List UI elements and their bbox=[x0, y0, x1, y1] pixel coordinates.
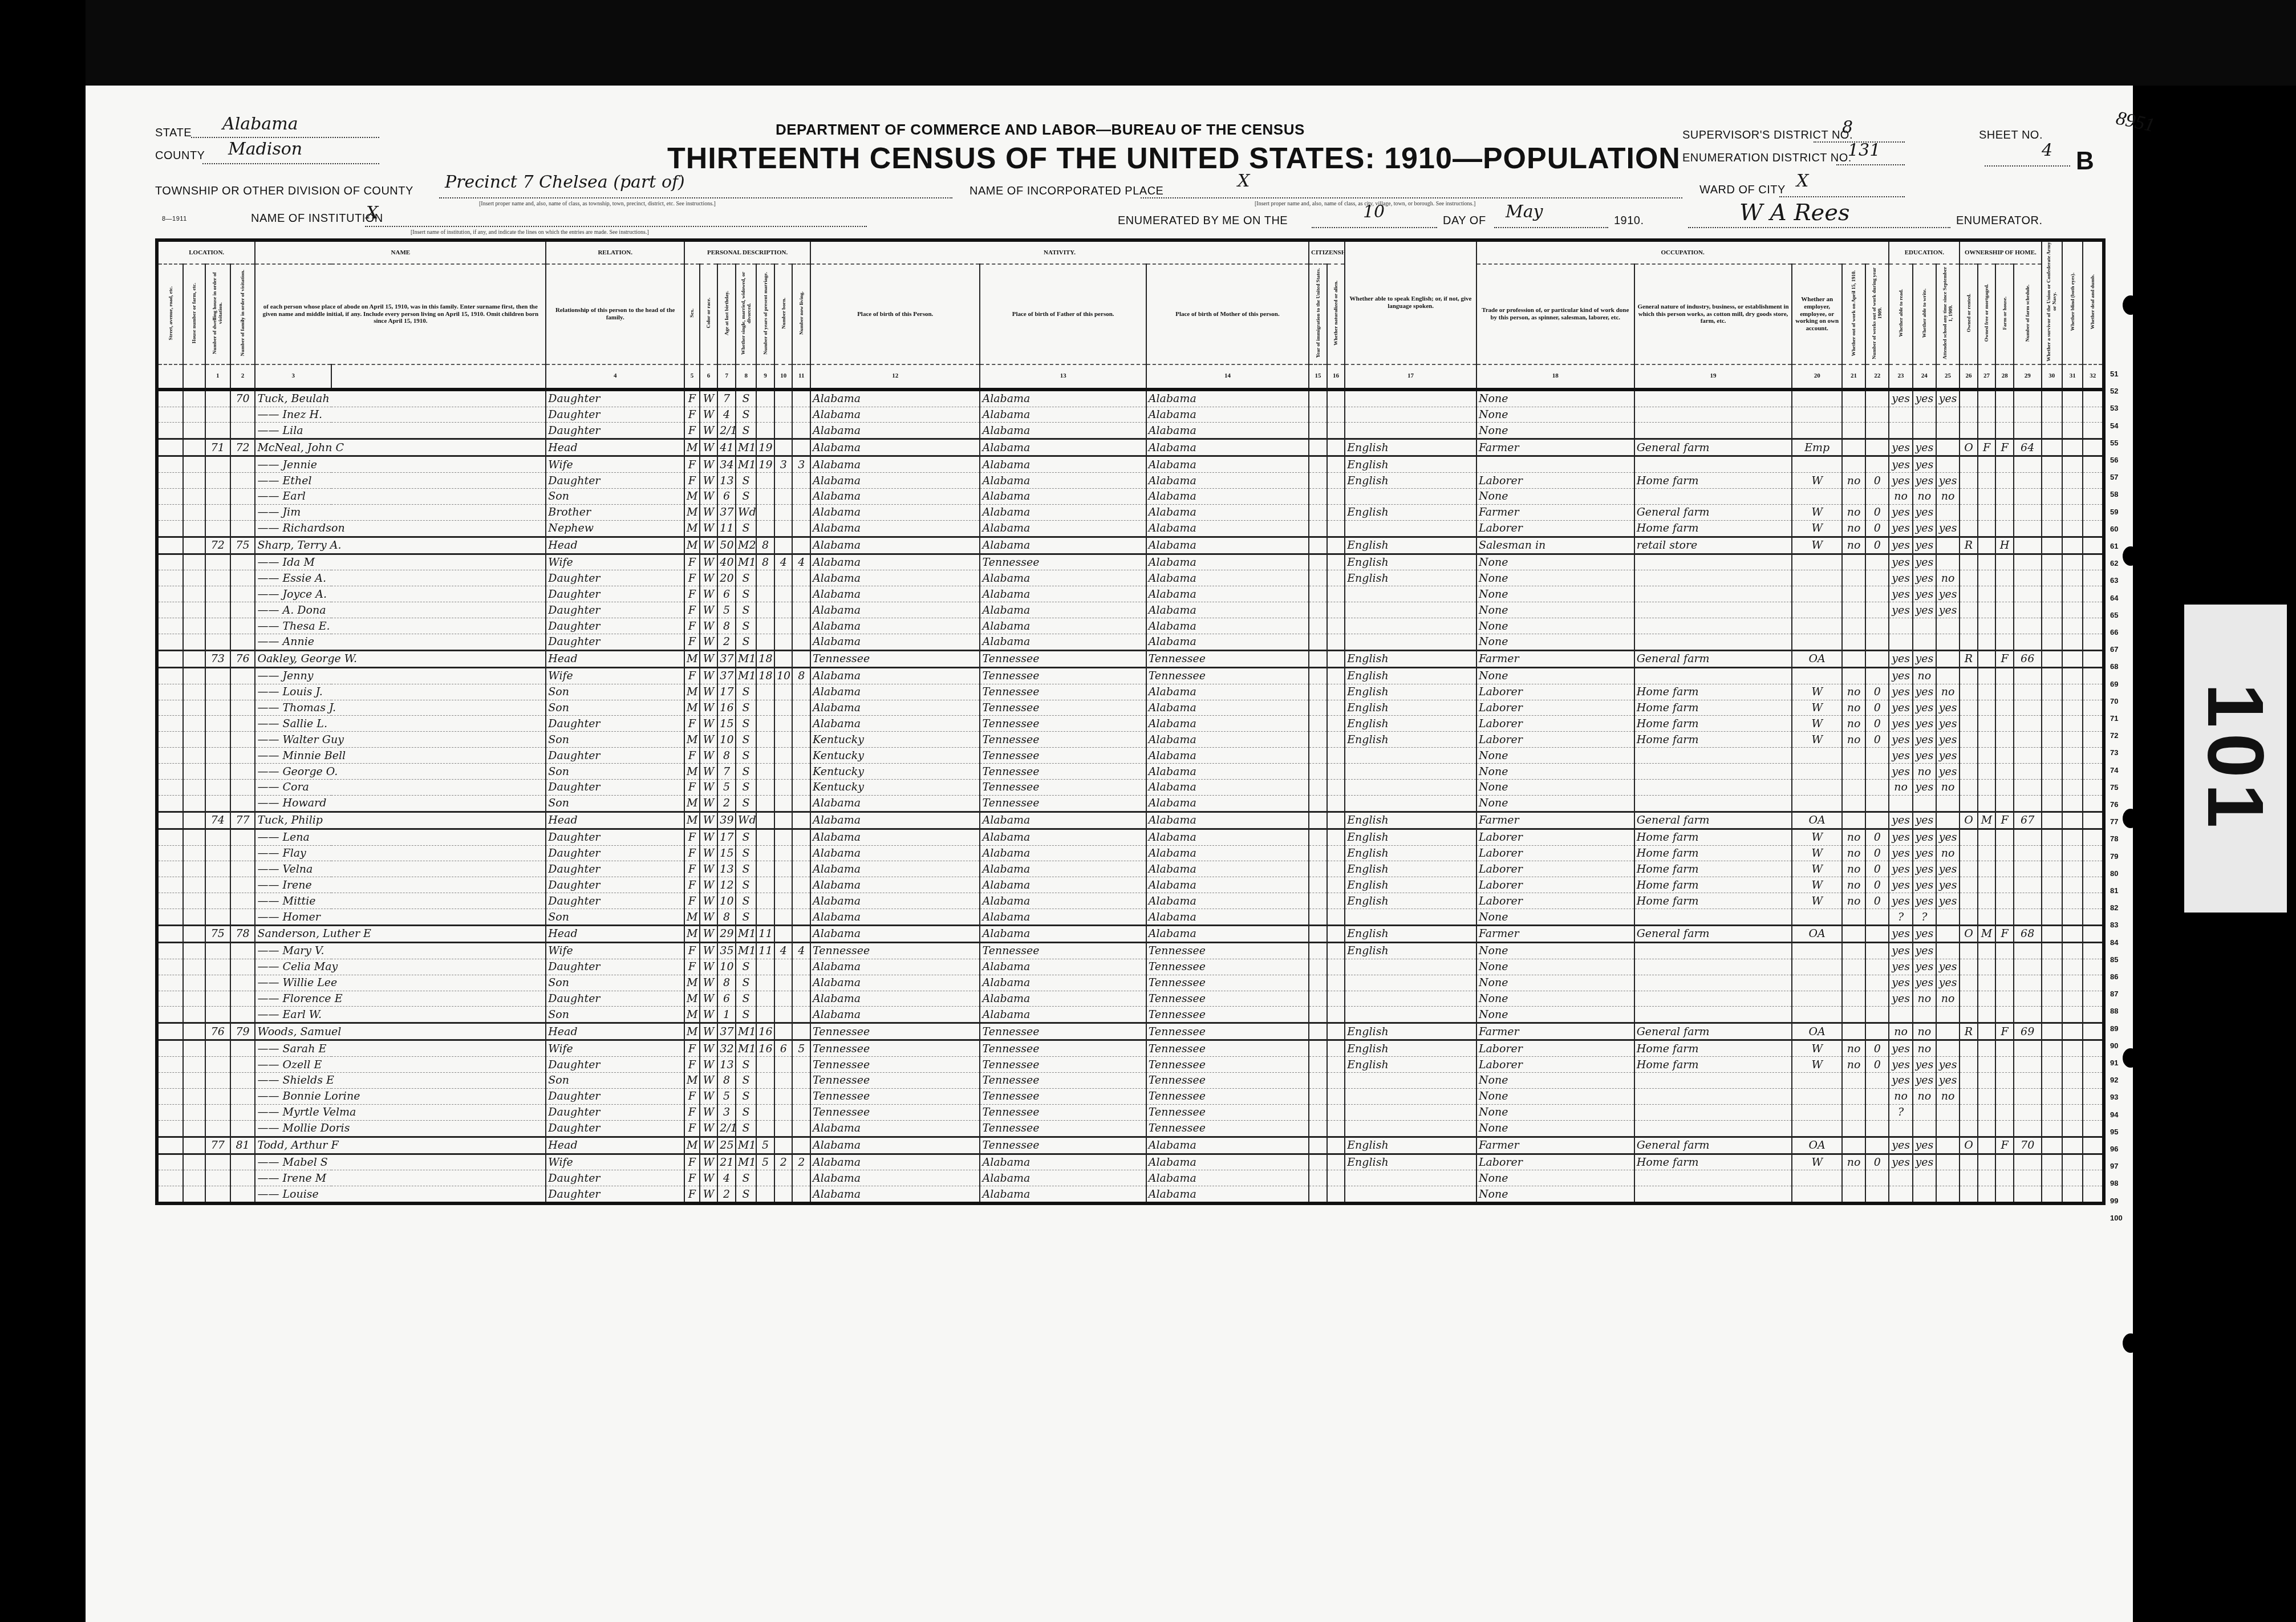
cell-deaf bbox=[2083, 456, 2104, 473]
cell-street bbox=[157, 1137, 183, 1154]
cell-trade: None bbox=[1476, 570, 1634, 586]
cell-immigration bbox=[1309, 684, 1327, 700]
cell-owned bbox=[1960, 1104, 1978, 1120]
cell-age: 7 bbox=[717, 764, 736, 780]
cell-immigration bbox=[1309, 602, 1327, 618]
cell-immigration bbox=[1309, 520, 1327, 537]
cell-sex: F bbox=[684, 634, 700, 651]
cell-pob-person: Alabama bbox=[810, 586, 980, 602]
cell-farm-schedule bbox=[2014, 748, 2042, 764]
column-number-row: 1234567891011121314151617181920212223242… bbox=[157, 364, 2104, 390]
cell-sex: M bbox=[684, 975, 700, 991]
cell-pob-father: Alabama bbox=[980, 520, 1146, 537]
cell-trade: Farmer bbox=[1476, 1023, 1634, 1040]
cell-owned bbox=[1960, 700, 1978, 716]
cell-out-of-work bbox=[1842, 667, 1865, 684]
cell-immigration bbox=[1309, 504, 1327, 520]
cell-farm-house bbox=[1995, 570, 2014, 586]
cell-pob-person: Alabama bbox=[810, 959, 980, 975]
cell-name: —— Florence E bbox=[255, 991, 546, 1007]
cell-immigration bbox=[1309, 456, 1327, 473]
cell-language: English bbox=[1345, 1154, 1476, 1170]
cell-pob-person: Tennessee bbox=[810, 942, 980, 959]
line-number: 79 bbox=[2110, 852, 2118, 861]
col-weeks-out: Number of weeks out of work during year … bbox=[1871, 265, 1883, 362]
cell-race: W bbox=[700, 602, 718, 618]
cell-street bbox=[157, 390, 183, 407]
cell-trade: Laborer bbox=[1476, 716, 1634, 732]
cell-pob-father: Tennessee bbox=[980, 700, 1146, 716]
line-number: 74 bbox=[2110, 766, 2118, 774]
cell-weeks-out bbox=[1865, 795, 1889, 812]
cell-weeks-out: 0 bbox=[1865, 537, 1889, 554]
cell-pob-mother: Alabama bbox=[1146, 700, 1309, 716]
cell-owned bbox=[1960, 1073, 1978, 1089]
cell-years-married bbox=[756, 602, 774, 618]
cell-out-of-work: no bbox=[1842, 877, 1865, 893]
cell-dwelling: 74 bbox=[205, 812, 230, 829]
cell-free-mortgaged bbox=[1978, 909, 1996, 926]
cell-read: yes bbox=[1889, 764, 1912, 780]
cell-farm-house bbox=[1995, 845, 2014, 861]
cell-trade: Laborer bbox=[1476, 1154, 1634, 1170]
cell-immigration bbox=[1309, 488, 1327, 504]
cell-relation: Head bbox=[546, 1137, 684, 1154]
cell-pob-person: Alabama bbox=[810, 554, 980, 570]
table-row: —— VelnaDaughterFW13SAlabamaAlabamaAlaba… bbox=[157, 861, 2104, 877]
cell-marital: S bbox=[736, 586, 756, 602]
cell-pob-mother: Alabama bbox=[1146, 829, 1309, 845]
cell-farm-schedule bbox=[2014, 488, 2042, 504]
cell-industry: General farm bbox=[1634, 1023, 1792, 1040]
cell-house bbox=[183, 618, 205, 634]
group-education: EDUCATION. bbox=[1889, 240, 1960, 264]
cell-naturalized bbox=[1327, 488, 1345, 504]
cell-blind bbox=[2062, 667, 2083, 684]
table-row: 7275Sharp, Terry A.HeadMW50M28AlabamaAla… bbox=[157, 537, 2104, 554]
cell-street bbox=[157, 764, 183, 780]
cell-weeks-out bbox=[1865, 959, 1889, 975]
cell-sex: M bbox=[684, 439, 700, 456]
cell-pob-mother: Alabama bbox=[1146, 423, 1309, 439]
cell-write: yes bbox=[1913, 650, 1936, 667]
cell-children-born bbox=[774, 829, 793, 845]
cell-marital: S bbox=[736, 991, 756, 1007]
cell-pob-person: Alabama bbox=[810, 991, 980, 1007]
cell-veteran bbox=[2042, 650, 2062, 667]
cell-employment-class: W bbox=[1792, 537, 1841, 554]
cell-out-of-work bbox=[1842, 634, 1865, 651]
punch-hole-icon bbox=[2123, 546, 2139, 566]
cell-name: —— Mittie bbox=[255, 893, 546, 909]
cell-children-living bbox=[792, 893, 810, 909]
cell-sex: F bbox=[684, 893, 700, 909]
line-number: 72 bbox=[2110, 731, 2118, 740]
cell-owned bbox=[1960, 716, 1978, 732]
cell-children-born bbox=[774, 1170, 793, 1186]
cell-street bbox=[157, 1088, 183, 1104]
cell-race: W bbox=[700, 1023, 718, 1040]
cell-children-born bbox=[774, 780, 793, 796]
cell-trade bbox=[1476, 456, 1634, 473]
cell-relation: Head bbox=[546, 1023, 684, 1040]
cell-house bbox=[183, 700, 205, 716]
enumerated-month: May bbox=[1506, 202, 1543, 222]
cell-out-of-work bbox=[1842, 456, 1865, 473]
cell-naturalized bbox=[1327, 1007, 1345, 1023]
cell-trade: None bbox=[1476, 554, 1634, 570]
col-naturalized: Whether naturalized or alien. bbox=[1333, 281, 1338, 346]
cell-deaf bbox=[2083, 748, 2104, 764]
column-number: 15 bbox=[1309, 364, 1327, 390]
cell-trade: Laborer bbox=[1476, 893, 1634, 909]
cell-dwelling bbox=[205, 764, 230, 780]
cell-house bbox=[183, 780, 205, 796]
cell-race: W bbox=[700, 1170, 718, 1186]
form-code: 8—1911 bbox=[162, 216, 187, 222]
cell-farm-schedule: 69 bbox=[2014, 1023, 2042, 1040]
cell-marital: M2 bbox=[736, 537, 756, 554]
cell-veteran bbox=[2042, 520, 2062, 537]
cell-veteran bbox=[2042, 942, 2062, 959]
cell-race: W bbox=[700, 1120, 718, 1137]
cell-children-living bbox=[792, 423, 810, 439]
cell-deaf bbox=[2083, 570, 2104, 586]
cell-farm-schedule: 67 bbox=[2014, 812, 2042, 829]
cell-dwelling bbox=[205, 554, 230, 570]
cell-read: yes bbox=[1889, 861, 1912, 877]
cell-school: yes bbox=[1936, 959, 1960, 975]
cell-industry bbox=[1634, 1120, 1792, 1137]
cell-race: W bbox=[700, 959, 718, 975]
cell-immigration bbox=[1309, 634, 1327, 651]
cell-house bbox=[183, 439, 205, 456]
cell-farm-house bbox=[1995, 861, 2014, 877]
table-row: —— Mabel SWifeFW21M1522AlabamaAlabamaAla… bbox=[157, 1154, 2104, 1170]
cell-weeks-out bbox=[1865, 1170, 1889, 1186]
cell-marital: Wd bbox=[736, 504, 756, 520]
cell-pob-father: Alabama bbox=[980, 812, 1146, 829]
cell-name: —— Willie Lee bbox=[255, 975, 546, 991]
cell-years-married bbox=[756, 684, 774, 700]
cell-industry: Home farm bbox=[1634, 877, 1792, 893]
col-schedule: Number of farm schedule. bbox=[2025, 285, 2030, 342]
cell-pob-mother: Alabama bbox=[1146, 554, 1309, 570]
cell-marital: S bbox=[736, 893, 756, 909]
cell-age: 8 bbox=[717, 748, 736, 764]
line-number: 67 bbox=[2110, 645, 2118, 654]
cell-house bbox=[183, 845, 205, 861]
cell-family bbox=[230, 959, 255, 975]
cell-name: —— Bonnie Lorine bbox=[255, 1088, 546, 1104]
cell-immigration bbox=[1309, 1057, 1327, 1073]
cell-pob-person: Kentucky bbox=[810, 780, 980, 796]
table-row: —— Celia MayDaughterFW10SAlabamaAlabamaT… bbox=[157, 959, 2104, 975]
cell-weeks-out bbox=[1865, 991, 1889, 1007]
cell-immigration bbox=[1309, 473, 1327, 489]
cell-out-of-work bbox=[1842, 1023, 1865, 1040]
cell-farm-house bbox=[1995, 504, 2014, 520]
cell-street bbox=[157, 537, 183, 554]
ward-value: X bbox=[1796, 171, 1808, 191]
cell-dwelling bbox=[205, 909, 230, 926]
cell-naturalized bbox=[1327, 926, 1345, 943]
cell-weeks-out bbox=[1865, 667, 1889, 684]
cell-marital: S bbox=[736, 764, 756, 780]
cell-farm-schedule: 64 bbox=[2014, 439, 2042, 456]
cell-language: English bbox=[1345, 716, 1476, 732]
cell-children-living bbox=[792, 975, 810, 991]
cell-family bbox=[230, 1057, 255, 1073]
cell-farm-schedule bbox=[2014, 909, 2042, 926]
cell-blind bbox=[2062, 684, 2083, 700]
cell-blind bbox=[2062, 1154, 2083, 1170]
cell-pob-mother: Alabama bbox=[1146, 634, 1309, 651]
cell-pob-person: Alabama bbox=[810, 407, 980, 423]
cell-pob-mother: Alabama bbox=[1146, 504, 1309, 520]
cell-veteran bbox=[2042, 1154, 2062, 1170]
col-out-of-work: Whether out of work on April 15, 1910. bbox=[1851, 270, 1856, 356]
enumerator-line bbox=[1688, 227, 1950, 228]
cell-children-living bbox=[792, 684, 810, 700]
line-number: 64 bbox=[2110, 594, 2118, 602]
cell-free-mortgaged bbox=[1978, 1120, 1996, 1137]
cell-language: English bbox=[1345, 893, 1476, 909]
column-number: 28 bbox=[1995, 364, 2014, 390]
column-number: 4 bbox=[546, 364, 684, 390]
cell-street bbox=[157, 780, 183, 796]
cell-street bbox=[157, 861, 183, 877]
cell-farm-schedule bbox=[2014, 795, 2042, 812]
cell-read bbox=[1889, 423, 1912, 439]
cell-employment-class: W bbox=[1792, 732, 1841, 748]
cell-name: —— Homer bbox=[255, 909, 546, 926]
cell-pob-father: Alabama bbox=[980, 473, 1146, 489]
cell-dwelling bbox=[205, 1073, 230, 1089]
cell-years-married bbox=[756, 1057, 774, 1073]
cell-dwelling bbox=[205, 1104, 230, 1120]
cell-veteran bbox=[2042, 861, 2062, 877]
cell-children-living bbox=[792, 861, 810, 877]
cell-age: 32 bbox=[717, 1040, 736, 1057]
cell-race: W bbox=[700, 554, 718, 570]
cell-family bbox=[230, 488, 255, 504]
cell-family bbox=[230, 909, 255, 926]
cell-family bbox=[230, 520, 255, 537]
cell-write bbox=[1913, 634, 1936, 651]
cell-naturalized bbox=[1327, 650, 1345, 667]
cell-pob-mother: Tennessee bbox=[1146, 975, 1309, 991]
cell-industry: Home farm bbox=[1634, 520, 1792, 537]
cell-out-of-work: no bbox=[1842, 504, 1865, 520]
cell-out-of-work: no bbox=[1842, 845, 1865, 861]
cell-industry bbox=[1634, 795, 1792, 812]
cell-sex: M bbox=[684, 700, 700, 716]
cell-pob-father: Alabama bbox=[980, 488, 1146, 504]
cell-pob-mother: Alabama bbox=[1146, 1154, 1309, 1170]
cell-pob-father: Alabama bbox=[980, 926, 1146, 943]
table-row: —— Mollie DorisDaughterFW2/12SAlabamaTen… bbox=[157, 1120, 2104, 1137]
cell-read bbox=[1889, 618, 1912, 634]
table-row: —— JennyWifeFW37M118108AlabamaTennesseeT… bbox=[157, 667, 2104, 684]
cell-farm-house bbox=[1995, 700, 2014, 716]
cell-read bbox=[1889, 1186, 1912, 1203]
cell-family bbox=[230, 1007, 255, 1023]
cell-farm-house bbox=[1995, 1104, 2014, 1120]
cell-naturalized bbox=[1327, 504, 1345, 520]
cell-sex: M bbox=[684, 812, 700, 829]
cell-write: yes bbox=[1913, 456, 1936, 473]
cell-marital: M1 bbox=[736, 650, 756, 667]
cell-deaf bbox=[2083, 439, 2104, 456]
table-row: 7679Woods, SamuelHeadMW37M116TennesseeTe… bbox=[157, 1023, 2104, 1040]
cell-write: yes bbox=[1913, 684, 1936, 700]
cell-relation: Head bbox=[546, 926, 684, 943]
col-industry: General nature of industry, business, or… bbox=[1634, 264, 1792, 364]
cell-race: W bbox=[700, 764, 718, 780]
cell-family bbox=[230, 861, 255, 877]
cell-industry: General farm bbox=[1634, 1137, 1792, 1154]
cell-relation: Son bbox=[546, 732, 684, 748]
cell-children-living bbox=[792, 959, 810, 975]
cell-naturalized bbox=[1327, 748, 1345, 764]
cell-blind bbox=[2062, 423, 2083, 439]
cell-dwelling bbox=[205, 1170, 230, 1186]
cell-children-born bbox=[774, 390, 793, 407]
cell-naturalized bbox=[1327, 795, 1345, 812]
cell-street bbox=[157, 926, 183, 943]
cell-street bbox=[157, 520, 183, 537]
cell-age: 8 bbox=[717, 909, 736, 926]
cell-name: —— Joyce A. bbox=[255, 586, 546, 602]
cell-blind bbox=[2062, 991, 2083, 1007]
cell-pob-mother: Alabama bbox=[1146, 570, 1309, 586]
cell-school bbox=[1936, 504, 1960, 520]
cell-owned bbox=[1960, 684, 1978, 700]
cell-write bbox=[1913, 1120, 1936, 1137]
cell-family bbox=[230, 423, 255, 439]
cell-write: yes bbox=[1913, 877, 1936, 893]
cell-naturalized bbox=[1327, 991, 1345, 1007]
cell-dwelling bbox=[205, 1154, 230, 1170]
punch-hole-icon bbox=[2123, 295, 2139, 315]
cell-family bbox=[230, 795, 255, 812]
cell-weeks-out bbox=[1865, 975, 1889, 991]
table-row: —— RichardsonNephewMW11SAlabamaAlabamaAl… bbox=[157, 520, 2104, 537]
cell-race: W bbox=[700, 1104, 718, 1120]
column-number: 27 bbox=[1978, 364, 1996, 390]
cell-immigration bbox=[1309, 812, 1327, 829]
cell-age: 4 bbox=[717, 1170, 736, 1186]
cell-blind bbox=[2062, 845, 2083, 861]
cell-age: 5 bbox=[717, 780, 736, 796]
cell-write bbox=[1913, 1104, 1936, 1120]
cell-immigration bbox=[1309, 586, 1327, 602]
cell-relation: Wife bbox=[546, 1154, 684, 1170]
cell-pob-person: Tennessee bbox=[810, 650, 980, 667]
cell-immigration bbox=[1309, 893, 1327, 909]
cell-free-mortgaged bbox=[1978, 861, 1996, 877]
state-value: Alabama bbox=[222, 114, 298, 134]
cell-read: yes bbox=[1889, 650, 1912, 667]
cell-veteran bbox=[2042, 439, 2062, 456]
cell-blind bbox=[2062, 1137, 2083, 1154]
cell-children-born: 2 bbox=[774, 1154, 793, 1170]
cell-out-of-work bbox=[1842, 488, 1865, 504]
cell-name: —— A. Dona bbox=[255, 602, 546, 618]
cell-race: W bbox=[700, 1073, 718, 1089]
col-blind: Whether blind (both eyes). bbox=[2070, 273, 2075, 331]
cell-naturalized bbox=[1327, 975, 1345, 991]
cell-blind bbox=[2062, 407, 2083, 423]
column-header-row: Street, avenue, road, etc. House number … bbox=[157, 264, 2104, 364]
cell-family bbox=[230, 684, 255, 700]
cell-years-married: 16 bbox=[756, 1040, 774, 1057]
cell-race: W bbox=[700, 812, 718, 829]
cell-family bbox=[230, 991, 255, 1007]
cell-language: English bbox=[1345, 861, 1476, 877]
cell-owned bbox=[1960, 1007, 1978, 1023]
cell-free-mortgaged bbox=[1978, 650, 1996, 667]
cell-employment-class bbox=[1792, 795, 1841, 812]
cell-pob-person: Kentucky bbox=[810, 748, 980, 764]
cell-blind bbox=[2062, 1088, 2083, 1104]
cell-sex: F bbox=[684, 667, 700, 684]
cell-children-living bbox=[792, 586, 810, 602]
cell-school bbox=[1936, 1154, 1960, 1170]
cell-blind bbox=[2062, 1007, 2083, 1023]
cell-race: W bbox=[700, 634, 718, 651]
cell-marital: S bbox=[736, 423, 756, 439]
cell-house bbox=[183, 1186, 205, 1203]
cell-years-married bbox=[756, 1170, 774, 1186]
cell-years-married bbox=[756, 845, 774, 861]
cell-owned bbox=[1960, 407, 1978, 423]
cell-sex: F bbox=[684, 1057, 700, 1073]
cell-out-of-work bbox=[1842, 812, 1865, 829]
cell-free-mortgaged bbox=[1978, 520, 1996, 537]
cell-trade: None bbox=[1476, 942, 1634, 959]
cell-family: 78 bbox=[230, 926, 255, 943]
cell-employment-class bbox=[1792, 942, 1841, 959]
column-number: 2 bbox=[230, 364, 255, 390]
cell-street bbox=[157, 975, 183, 991]
line-number: 93 bbox=[2110, 1093, 2118, 1101]
cell-children-living bbox=[792, 1088, 810, 1104]
incorporated-line bbox=[1141, 197, 1682, 198]
cell-trade: Laborer bbox=[1476, 1040, 1634, 1057]
cell-trade: None bbox=[1476, 1104, 1634, 1120]
cell-out-of-work: no bbox=[1842, 473, 1865, 489]
cell-blind bbox=[2062, 748, 2083, 764]
cell-veteran bbox=[2042, 1007, 2062, 1023]
cell-farm-house bbox=[1995, 942, 2014, 959]
cell-veteran bbox=[2042, 504, 2062, 520]
scan-top-border bbox=[0, 0, 2296, 86]
col-street: Street, avenue, road, etc. bbox=[168, 286, 173, 340]
cell-dwelling bbox=[205, 845, 230, 861]
incorporated-label: Name of incorporated place bbox=[969, 185, 1163, 198]
cell-write: yes bbox=[1913, 586, 1936, 602]
cell-naturalized bbox=[1327, 877, 1345, 893]
cell-street bbox=[157, 1040, 183, 1057]
cell-relation: Son bbox=[546, 795, 684, 812]
cell-school bbox=[1936, 942, 1960, 959]
cell-house bbox=[183, 764, 205, 780]
cell-dwelling bbox=[205, 959, 230, 975]
cell-children-living: 2 bbox=[792, 1154, 810, 1170]
cell-weeks-out: 0 bbox=[1865, 520, 1889, 537]
